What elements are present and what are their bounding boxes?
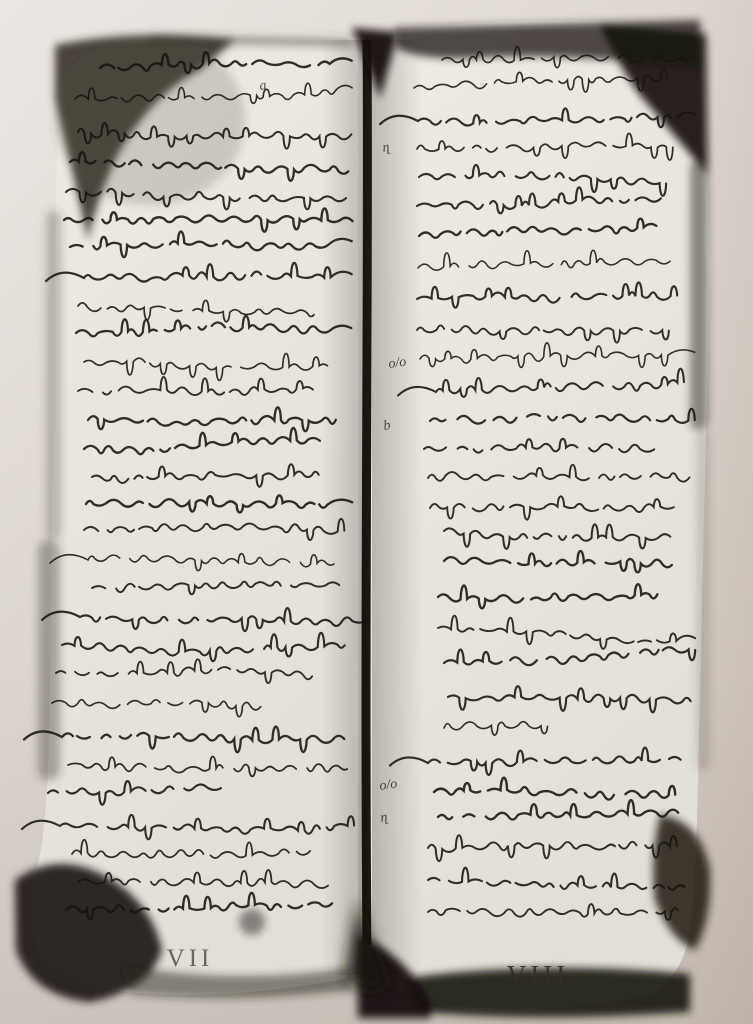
stain-right-edge-upper bbox=[690, 160, 708, 430]
binding-shadow-right bbox=[372, 40, 422, 975]
stain-right-edge-mid bbox=[696, 430, 710, 770]
binding-seam bbox=[366, 40, 367, 945]
binding-shadow-left bbox=[322, 40, 366, 975]
folio-number-right: VIII bbox=[507, 960, 569, 990]
manuscript-photo-svg: a VII ɳo/obo/oɳ VIII bbox=[0, 0, 753, 1024]
book-binding bbox=[322, 28, 422, 991]
stain-blot bbox=[239, 909, 265, 935]
stain-left-edge-upper bbox=[46, 210, 61, 540]
folio-number-left: VII bbox=[167, 945, 214, 972]
left-page: a VII bbox=[15, 30, 364, 1002]
stain-left-edge-lower bbox=[38, 540, 60, 780]
manuscript-photo: a VII ɳo/obo/oɳ VIII bbox=[0, 0, 753, 1024]
